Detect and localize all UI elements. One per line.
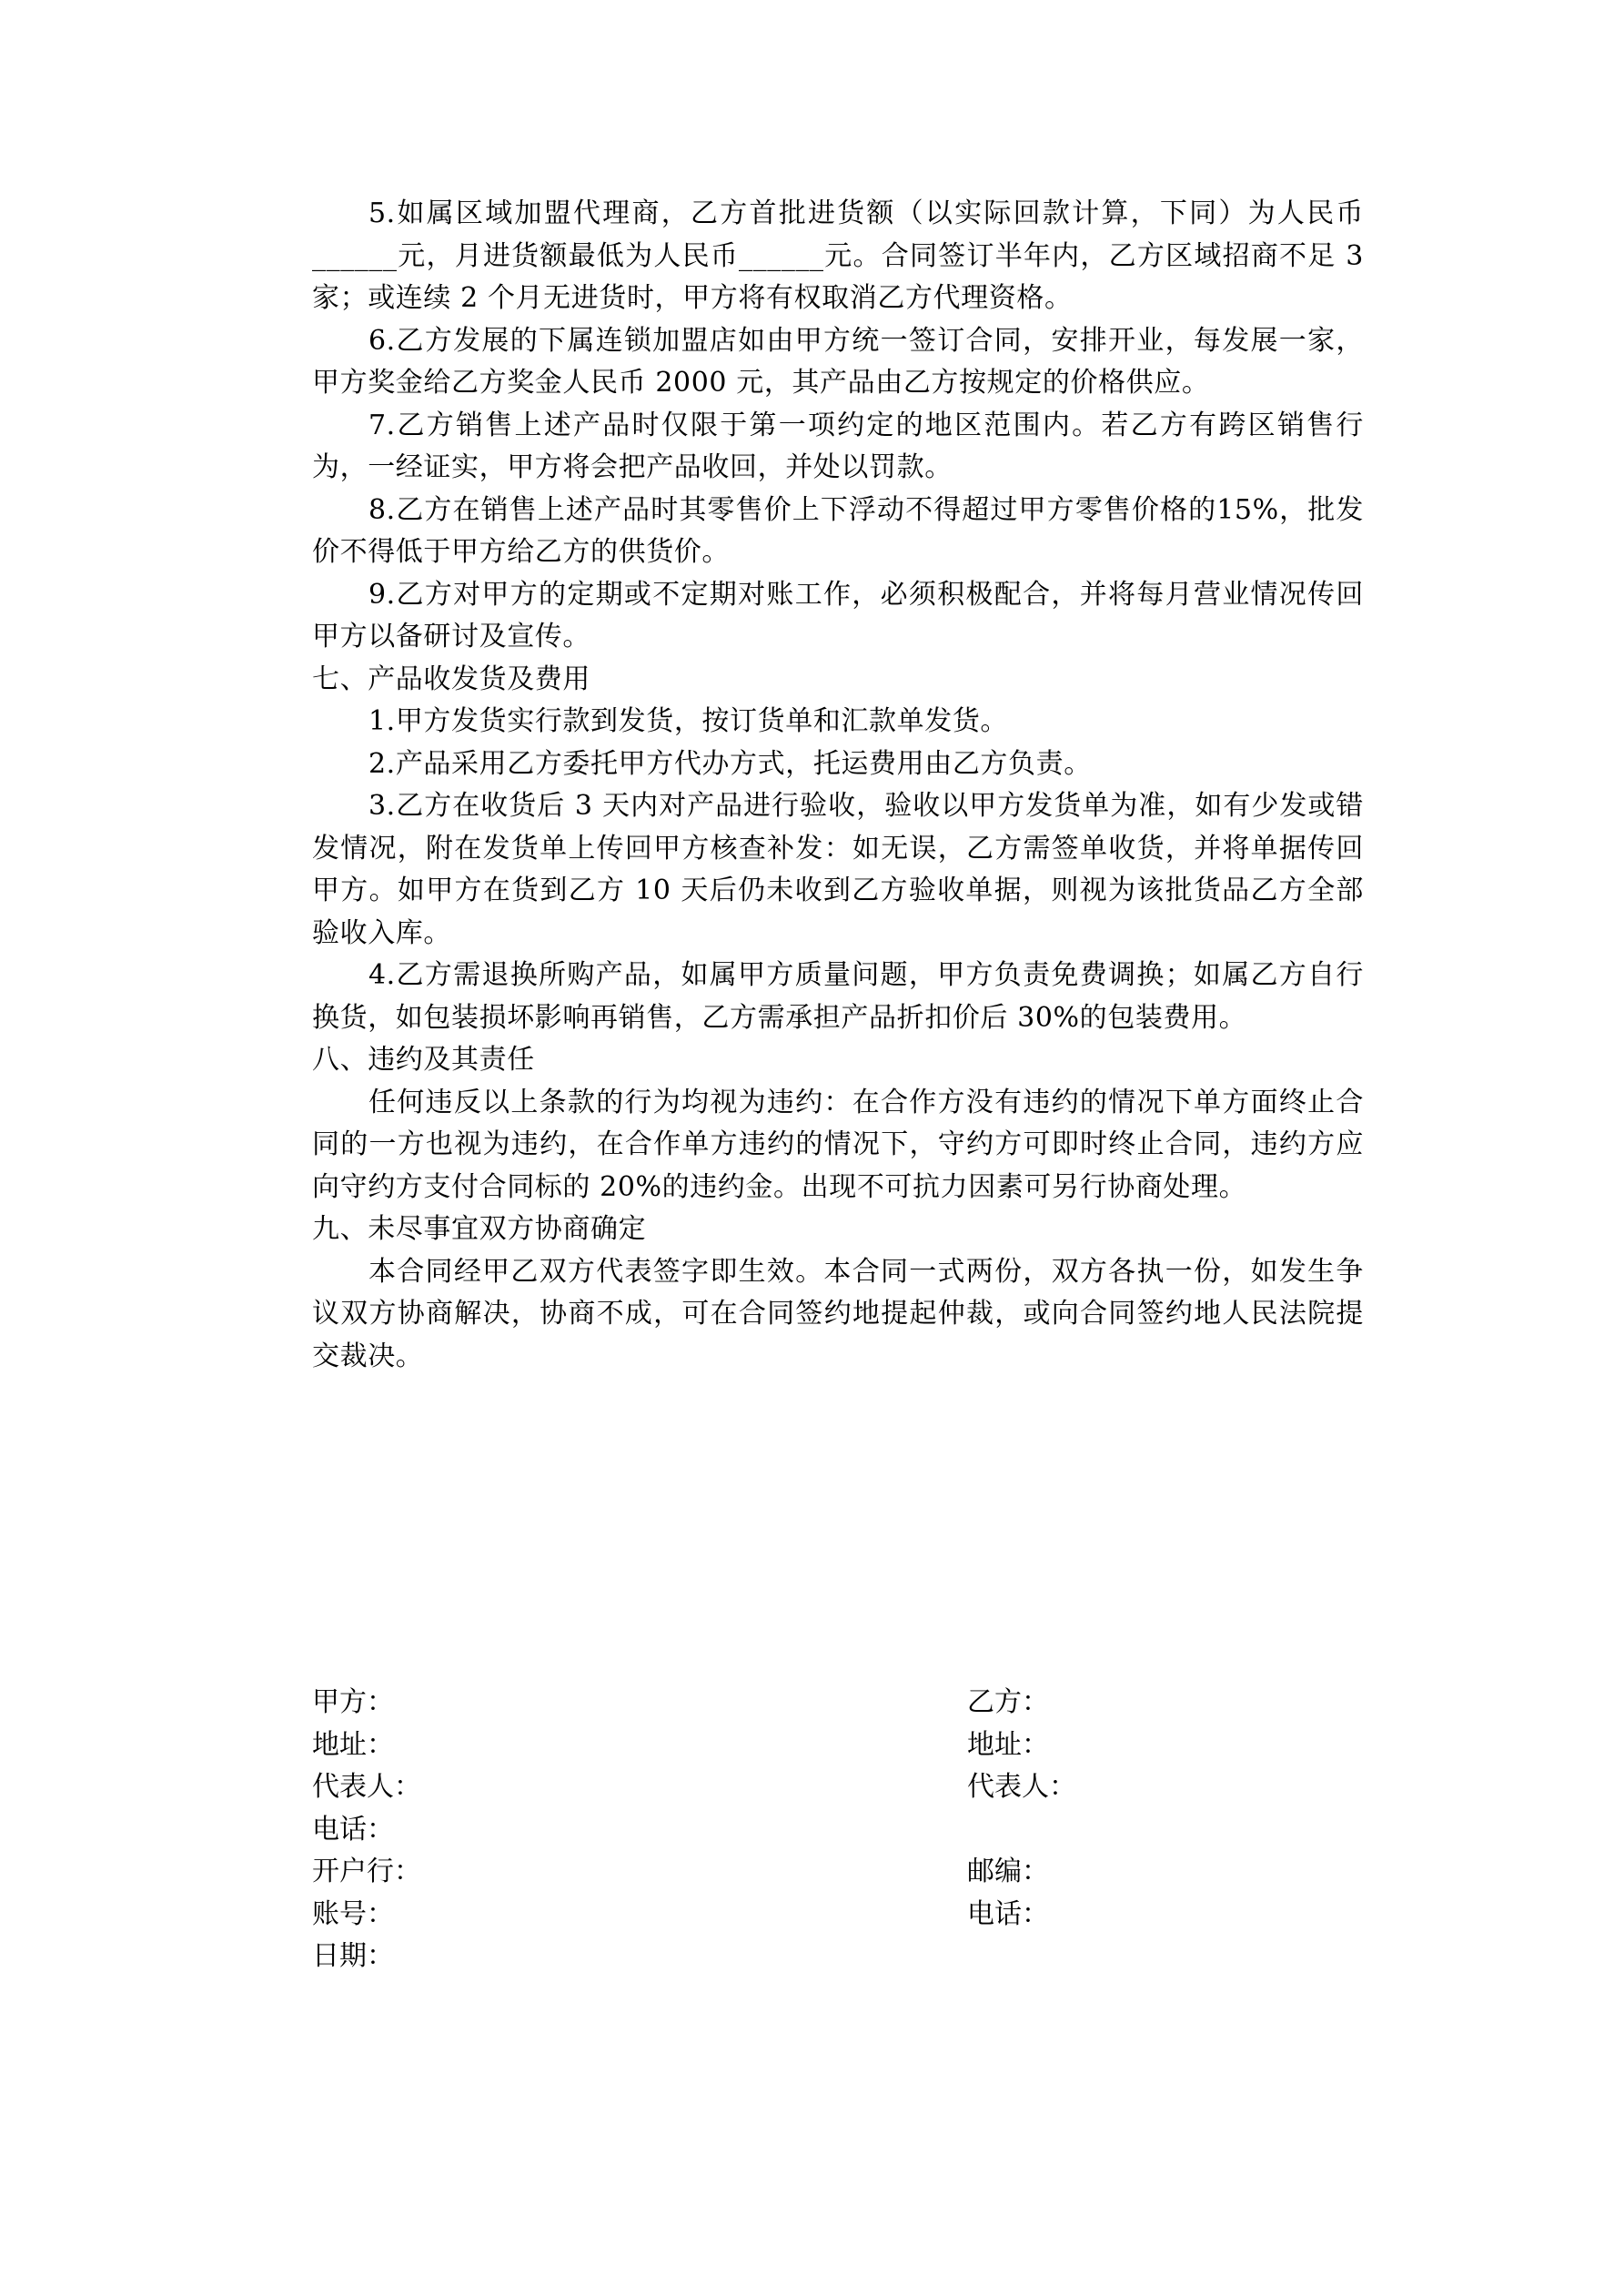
party-a-account-label: 账号： xyxy=(312,1894,394,1937)
clause-7-4: 4.乙方需退换所购产品，如属甲方质量问题，甲方负责免费调换；如属乙方自行换货，如… xyxy=(312,955,1364,1039)
clause-6-9: 9.乙方对甲方的定期或不定期对账工作，必须积极配合，并将每月营业情况传回甲方以备… xyxy=(312,574,1364,659)
signature-row-date: 日期： xyxy=(312,1936,1367,1978)
clause-6-8: 8.乙方在销售上述产品时其零售价上下浮动不得超过甲方零售价格的15%，批发价不得… xyxy=(312,490,1364,574)
party-a-phone-label: 电话： xyxy=(312,1809,394,1852)
clause-7-3: 3.乙方在收货后 3 天内对产品进行验收，验收以甲方发货单为准，如有少发或错发情… xyxy=(312,785,1364,955)
signature-block: 甲方： 乙方： 地址： 地址： 代表人： 代表人： 电话： 开户行： 邮编： 账… xyxy=(312,1682,1367,1978)
section-7-heading: 七、产品收发货及费用 xyxy=(312,659,1364,702)
contract-body: 5.如属区域加盟代理商，乙方首批进货额（以实际回款计算，下同）为人民币_____… xyxy=(312,193,1364,1378)
signature-row-phone-a: 电话： xyxy=(312,1809,1367,1852)
party-b-phone-label: 电话： xyxy=(967,1894,1049,1937)
party-b-label: 乙方： xyxy=(967,1682,1049,1725)
clause-7-1: 1.甲方发货实行款到发货，按订货单和汇款单发货。 xyxy=(312,701,1364,743)
clause-9-body: 本合同经甲乙双方代表签字即生效。本合同一式两份，双方各执一份，如发生争议双方协商… xyxy=(312,1251,1364,1379)
clause-6-5: 5.如属区域加盟代理商，乙方首批进货额（以实际回款计算，下同）为人民币_____… xyxy=(312,193,1364,320)
clause-8-body: 任何违反以上条款的行为均视为违约：在合作方没有违约的情况下单方面终止合同的一方也… xyxy=(312,1082,1364,1209)
party-a-date-label: 日期： xyxy=(312,1936,394,1978)
party-a-address-label: 地址： xyxy=(312,1725,394,1767)
clause-7-2: 2.产品采用乙方委托甲方代办方式，托运费用由乙方负责。 xyxy=(312,743,1364,786)
party-a-bank-label: 开户行： xyxy=(312,1851,421,1894)
party-b-representative-label: 代表人： xyxy=(967,1766,1076,1809)
party-b-address-label: 地址： xyxy=(967,1725,1049,1767)
party-a-representative-label: 代表人： xyxy=(312,1766,421,1809)
clause-6-6: 6.乙方发展的下属连锁加盟店如由甲方统一签订合同，安排开业，每发展一家，甲方奖金… xyxy=(312,320,1364,405)
signature-row-representative: 代表人： 代表人： xyxy=(312,1766,1367,1809)
section-8-heading: 八、违约及其责任 xyxy=(312,1039,1364,1082)
signature-row-address: 地址： 地址： xyxy=(312,1725,1367,1767)
signature-row-account: 账号： 电话： xyxy=(312,1894,1367,1937)
signature-row-party: 甲方： 乙方： xyxy=(312,1682,1367,1725)
party-a-label: 甲方： xyxy=(312,1682,394,1725)
clause-6-7: 7.乙方销售上述产品时仅限于第一项约定的地区范围内。若乙方有跨区销售行为，一经证… xyxy=(312,405,1364,490)
signature-row-bank: 开户行： 邮编： xyxy=(312,1851,1367,1894)
section-9-heading: 九、未尽事宜双方协商确定 xyxy=(312,1209,1364,1251)
party-b-postcode-label: 邮编： xyxy=(967,1851,1049,1894)
